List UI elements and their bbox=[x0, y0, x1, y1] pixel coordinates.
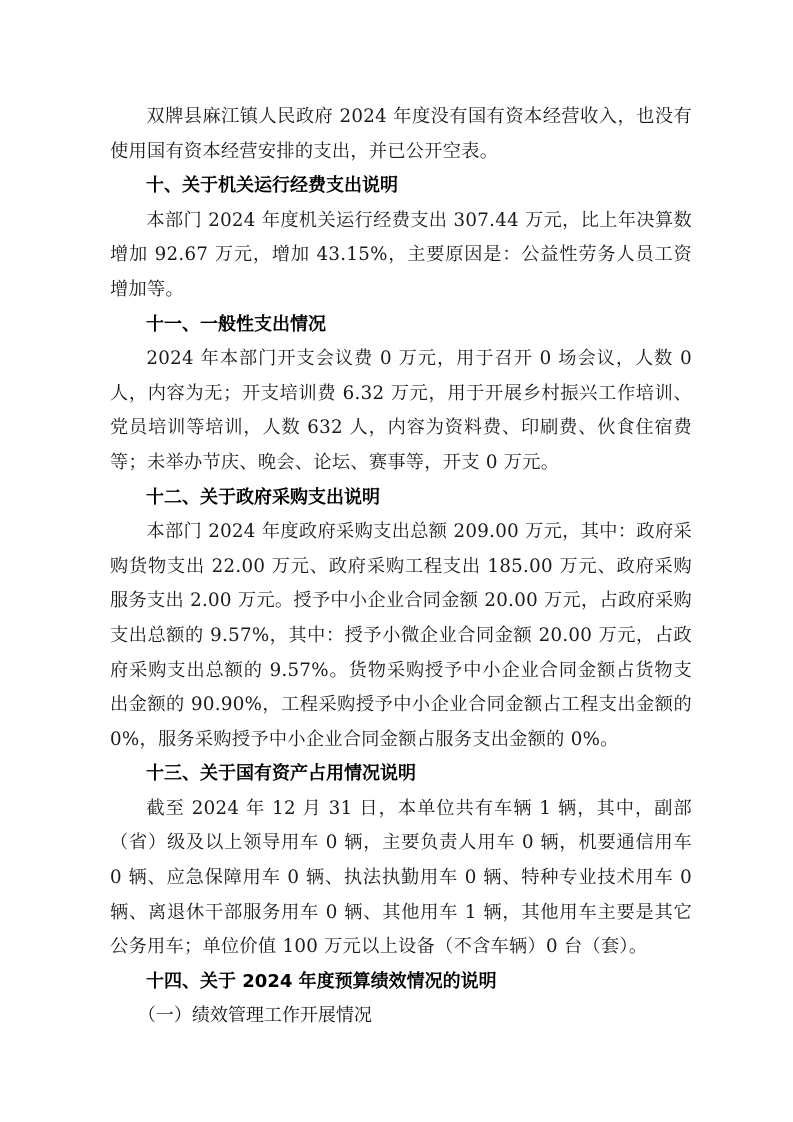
paragraph-operating-expenses: 本部门 2024 年度机关运行经费支出 307.44 万元，比上年决算数增加 9… bbox=[110, 204, 692, 308]
heading-section-12: 十二、关于政府采购支出说明 bbox=[110, 481, 692, 516]
heading-section-13: 十三、关于国有资产占用情况说明 bbox=[110, 757, 692, 792]
document-page: 双牌县麻江镇人民政府 2024 年度没有国有资本经营收入，也没有使用国有资本经营… bbox=[110, 100, 692, 1034]
paragraph-general-expenses: 2024 年本部门开支会议费 0 万元，用于召开 0 场会议，人数 0 人，内容… bbox=[110, 342, 692, 480]
heading-section-14: 十四、关于 2024 年度预算绩效情况的说明 bbox=[110, 965, 692, 1000]
paragraph-state-capital: 双牌县麻江镇人民政府 2024 年度没有国有资本经营收入，也没有使用国有资本经营… bbox=[110, 100, 692, 169]
paragraph-state-assets: 截至 2024 年 12 月 31 日，本单位共有车辆 1 辆，其中，副部（省）… bbox=[110, 792, 692, 965]
paragraph-procurement: 本部门 2024 年度政府采购支出总额 209.00 万元，其中：政府采购货物支… bbox=[110, 515, 692, 757]
heading-section-10: 十、关于机关运行经费支出说明 bbox=[110, 169, 692, 204]
subheading-performance-management: （一）绩效管理工作开展情况 bbox=[110, 999, 692, 1034]
heading-section-11: 十一、一般性支出情况 bbox=[110, 308, 692, 343]
